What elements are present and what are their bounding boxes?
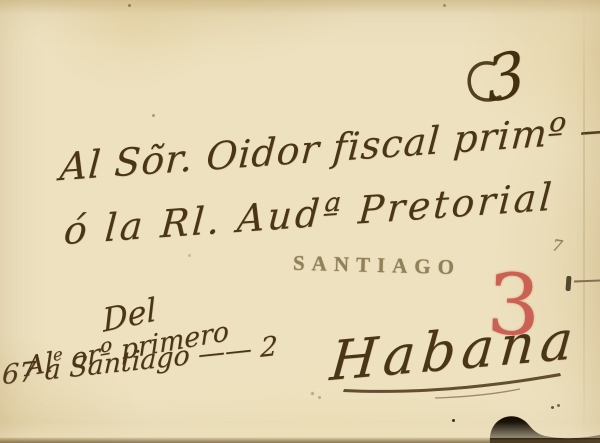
bottom-edge-shadow bbox=[0, 437, 600, 443]
address-line-1: Al Sõr. Oidor fiscal primº — bbox=[59, 109, 600, 186]
paper-specks bbox=[128, 4, 131, 7]
edge-mark: 7 bbox=[551, 237, 564, 255]
address-line-2: ó la Rl. Audª Pretorial bbox=[63, 178, 556, 251]
paper-crease-line bbox=[583, 0, 585, 443]
santiago-postmark: SANTIAGO bbox=[293, 251, 462, 280]
manuscript-rate-mark: 3 bbox=[483, 42, 528, 112]
ink-line-mark bbox=[574, 280, 600, 283]
letter-cover: 3 Al Sõr. Oidor fiscal primº — ó la Rl. … bbox=[0, 0, 600, 443]
bottom-edge-highlight bbox=[0, 422, 600, 438]
ink-dash-mark bbox=[565, 276, 571, 291]
